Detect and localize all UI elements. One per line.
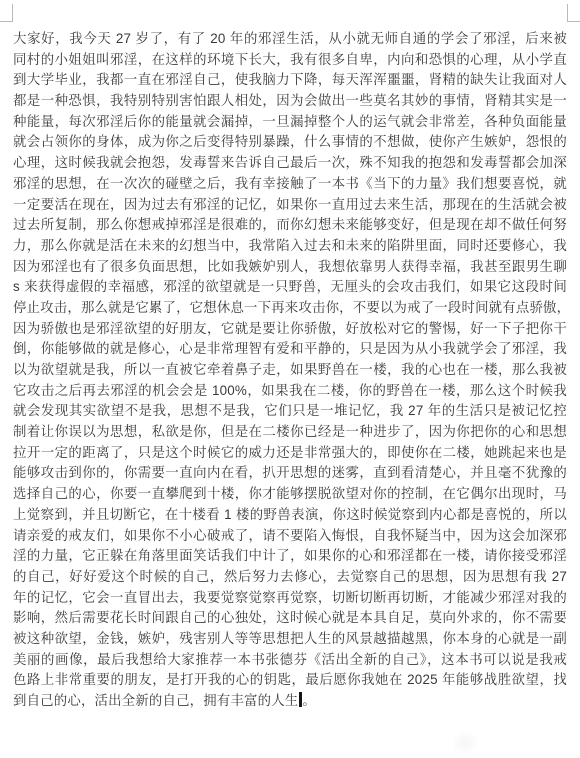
text-line[interactable]: 的自己，好好爱这个时候的自己，然后努力去修心，去觉察自己的思想，因为思想有我 2… (13, 567, 567, 588)
text-line[interactable]: 拉开一定的距离了，只是这个时候它的威力还是非常强大的，即使你在二楼，她跳起来也是 (13, 443, 567, 464)
text-line[interactable]: 淫的力量，它正躲在角落里面笑话我们中计了，如果你的心和邪淫都在一楼，请你接受邪淫 (13, 546, 567, 567)
text-line[interactable]: 上觉察到，并且切断它，在十楼看 1 楼的野兽表演，你这时候觉察到内心都是喜悦的，… (13, 505, 567, 526)
text-line[interactable]: s 来获得虚假的幸福感，邪淫的欲望就是一只野兽，无厘头的会攻击我们，如果它这段时… (13, 277, 567, 298)
crop-mark-top-right (567, 4, 580, 22)
text-line-last[interactable]: 到自己的心，活出全新的自己，拥有丰富的人生。 (13, 691, 567, 712)
text-line[interactable]: 色路上非常重要的朋友，是打开我的心的钥匙，最后愿你我她在 2025 年能够战胜欲… (13, 670, 567, 691)
text-line[interactable]: 停止攻击，那么就是它累了，它想休息一下再来攻击你，不要以为戒了一段时间就有点骄傲… (13, 298, 567, 319)
text-line[interactable]: 种能量，每次邪淫后你的能量就会漏掉，一旦漏掉整个人的运气就会非常差，各种负面能量 (13, 112, 567, 133)
text-line[interactable]: 倒，你能够做的就是修心，心是非常理智有爱和平静的，只是因为从小我就学会了邪淫，我 (13, 339, 567, 360)
text-line[interactable]: 都是一种恐惧，我特别特别害怕跟人相处，因为会做出一些莫名其妙的事情，肾精其实是一 (13, 91, 567, 112)
text-line[interactable]: 大家好，我今天 27 岁了，有了 20 年的邪淫生活，从小就无师自通的学会了邪淫… (13, 29, 567, 50)
text-line[interactable]: 到大学毕业，我都一直在邪淫自己，使我脑力下降，每天浑浑噩噩，肾精的缺失让我面对人 (13, 70, 567, 91)
text-line[interactable]: 制着让你误以为思想，私欲是你，但是在二楼你已经是一种进步了，因为你把你的心和思想 (13, 422, 567, 443)
document-page: 大家好，我今天 27 岁了，有了 20 年的邪淫生活，从小就无师自通的学会了邪淫… (0, 0, 580, 758)
text-line[interactable]: 被这种欲望，金钱，嫉妒，残害别人等等思想把人生的风景越描越黑，你本身的心就是一副 (13, 629, 567, 650)
document-text[interactable]: 大家好，我今天 27 岁了，有了 20 年的邪淫生活，从小就无师自通的学会了邪淫… (13, 29, 567, 712)
text-line[interactable]: 因为骄傲也是邪淫欲望的好朋友，它就是要让你骄傲，好放松对它的警惕，好一下子把你干 (13, 319, 567, 340)
text-line[interactable]: 心理，这时候我就会抱怨，发毒誓来告诉自己最后一次，殊不知我的抱怨和发毒誓都会加深 (13, 153, 567, 174)
text-line[interactable]: 就会发现其实欲望不是我，思想不是我，它们只是一堆记忆，我 27 年的生活只是被记… (13, 401, 567, 422)
text-line[interactable]: 邪淫的思想，在一次次的碰壁之后，我有幸接触了一本书《当下的力量》我们想要喜悦，就 (13, 174, 567, 195)
text-line[interactable]: 选择自己的心，你要一直攀爬到十楼，你才能够摆脱欲望对你的控制，在它偶尔出现时，马 (13, 484, 567, 505)
text-line[interactable]: 以为欲望就是我，所以一直被它牵着鼻子走，如果野兽在一楼，我的心也在一楼，那么我被 (13, 360, 567, 381)
text-line[interactable]: 因为邪淫也有了很多负面思想，比如我嫉妒别人，我想依靠男人获得幸福，我甚至跟男生聊 (13, 257, 567, 278)
last-line-text: 到自己的心，活出全新的自己，拥有丰富的人生 (13, 693, 298, 708)
text-line[interactable]: 年的记忆，它会一直冒出去，我要觉察觉察再觉察，切断切断再切断，才能减少邪淫对我的 (13, 588, 567, 609)
text-line[interactable]: 一定要活在现在，因为过去有邪淫的记忆，如果你一直用过去来生活，那现在的生活就会被 (13, 195, 567, 216)
final-period: 。 (302, 693, 316, 708)
text-line[interactable]: 就会占领你的身体，成为你之后变得特别暴躁，什么事情的不想做，使你产生嫉妒，怨恨的 (13, 132, 567, 153)
text-line[interactable]: 美丽的画像，最后我想给大家推荐一本书张德芬《活出全新的自己》，这本书可以说是我戒 (13, 650, 567, 671)
text-line[interactable]: 力，那么你就是活在未来的幻想当中，我常陷入过去和未来的陷阱里面，同时还要修心，我 (13, 236, 567, 257)
watermark-smudge (452, 731, 478, 755)
text-line[interactable]: 过去所复制，那么你想戒掉邪淫是很难的，而你幻想未来能够变好，但是现在却不做任何努 (13, 215, 567, 236)
text-line[interactable]: 影响，然后需要花长时间跟自己的心独处，这时候心就是本具自足，莫向外求的，你不需要 (13, 608, 567, 629)
text-line[interactable]: 同村的小姐姐叫邪淫，在这样的环境下长大，我有很多自卑，内向和恐惧的心理，从小学直 (13, 50, 567, 71)
text-line[interactable]: 能够攻击到你的，你需要一直向内在看，扒开思想的迷雾，直到看清楚心，并且毫不犹豫的 (13, 463, 567, 484)
text-line[interactable]: 请亲爱的戒友们，如果你不小心破戒了，请不要陷入悔恨，自我怀疑当中，因为这会加深邪 (13, 526, 567, 547)
crop-mark-top-left (0, 4, 13, 22)
text-line[interactable]: 它攻击之后再去邪淫的机会会是 100%，如果我在二楼，你的野兽在一楼，那么这个时… (13, 381, 567, 402)
